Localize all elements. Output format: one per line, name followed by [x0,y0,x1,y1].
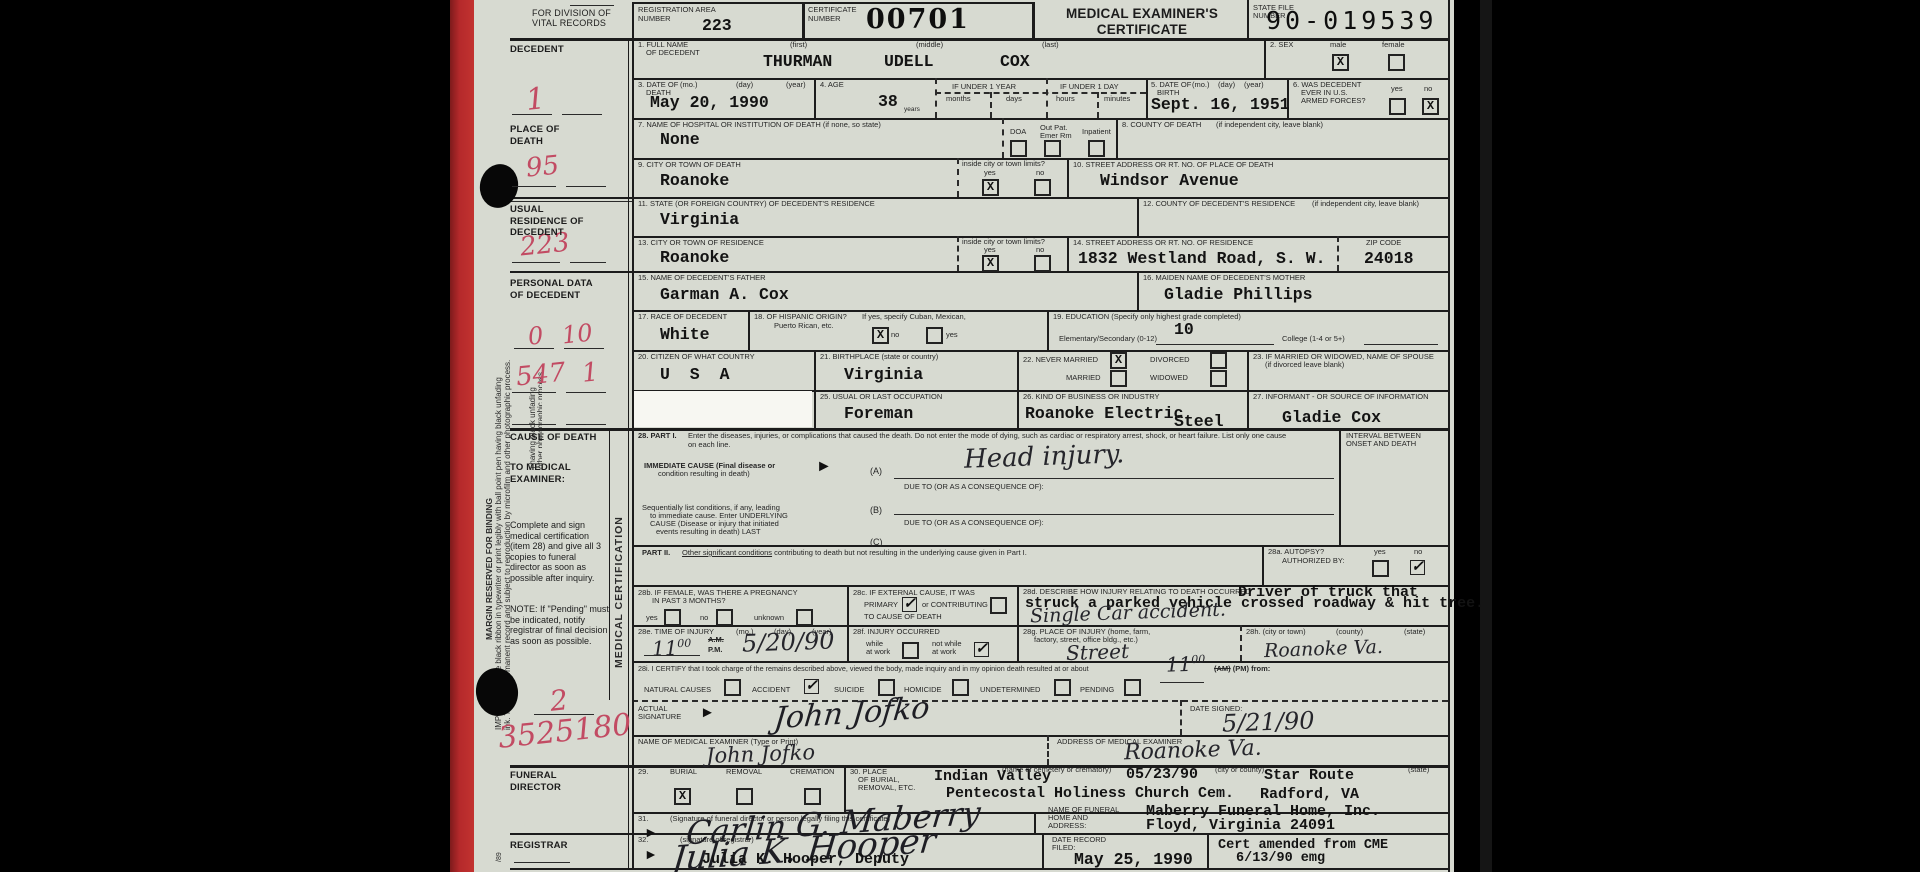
injury-occurred-label: 28f. INJURY OCCURRED [853,628,940,637]
to-cause-label: TO CAUSE OF DEATH [864,613,942,622]
line [632,2,1032,4]
mo-hint: (mo.) [680,81,698,90]
examiner-address-value: Roanoke Va. [1124,736,1262,766]
line [847,625,849,661]
residence-street-value: 1832 Westland Road, S. W. [1078,251,1326,267]
armed-forces-yes-checkbox [1389,98,1406,115]
immediate-cause-arrow-icon: ► [816,458,832,476]
examiner-name-value: John Jofko [706,740,816,768]
street-of-death-value: Windsor Avenue [1100,173,1239,189]
married-checkbox [1110,370,1127,387]
cause-a-handwritten: Head injury. [964,439,1125,475]
hispanic-no-checkbox: X [872,327,889,344]
funeral-home-label3: ADDRESS: [1048,822,1086,831]
certificate-paper: MARGIN RESERVED FOR BINDING IMPORTANT: U… [474,0,1454,872]
item32-number: 32. [638,836,648,845]
limits-yes-label: yes [984,169,996,178]
pregnancy-unknown-checkbox [796,609,813,626]
cemetery-hint: (name of cemetery or crematory) [1002,766,1111,775]
section-usual-residence: USUAL RESIDENCE OF DECEDENT [510,204,594,239]
cause-line-b-label: (B) [870,505,882,515]
red-mark-95: 95 [525,150,561,183]
divorced-label: DIVORCED [1150,356,1190,365]
undetermined-label: UNDETERMINED [980,686,1040,695]
industry-value-2: Steel [1174,414,1224,430]
suicide-label: SUICIDE [834,686,864,695]
birth-year-hint: (year) [1244,81,1264,90]
line [1002,118,1004,158]
zip-label: ZIP CODE [1366,239,1401,248]
limits-yes-label-2: yes [984,246,996,255]
punch-hole [473,665,521,718]
pregnancy-unknown-label: unknown [754,614,784,623]
pregnancy-no-label: no [700,614,708,623]
natural-causes-checkbox [724,679,741,696]
street-of-death-label: 10. STREET ADDRESS OR RT. NO. OF PLACE O… [1073,161,1273,170]
pending-label: PENDING [1080,686,1114,695]
line [814,78,816,118]
line [957,158,959,197]
red-mark-0: 0 [527,321,545,350]
red-mark-1b: 1 [580,357,600,389]
injury-state-label: (state) [1404,628,1425,637]
registrar-underline [514,862,570,863]
residence-city-label: 13. CITY OR TOWN OF RESIDENCE [638,239,764,248]
removal-label: REMOVAL [726,768,762,777]
scan-edge-band [1480,0,1492,872]
mark-line [562,114,602,115]
registrar-typed-name: Julia K. Hooper, Deputy [702,852,909,868]
armed-forces-no-label: no [1424,85,1432,94]
certificate-number-value: 00701 [866,4,970,35]
mother-value: Gladie Phillips [1164,287,1313,303]
line [957,236,959,271]
section-registrar: REGISTRAR [510,840,568,852]
medical-certification-vertical-label: MEDICAL CERTIFICATION [613,516,625,668]
autopsy-no-label: no [1414,548,1422,557]
injury-city-value: Roanoke Va. [1264,636,1384,662]
never-married-label: 22. NEVER MARRIED [1023,356,1098,365]
cremation-checkbox [804,788,821,805]
burial-checkbox: X [674,788,691,805]
line [1180,700,1182,735]
father-value: Garman A. Cox [660,287,789,303]
months-hint: months [946,95,971,104]
informant-label: 27. INFORMANT - OR SOURCE OF INFORMATION [1253,393,1429,402]
line [1247,390,1249,428]
margin-binding-label: MARGIN RESERVED FOR BINDING [484,498,494,640]
education-college-label: College (1-4 or 5+) [1282,335,1345,344]
sex-male-checkbox: X [1332,54,1349,71]
line [1097,92,1099,118]
hispanic-hint1: If yes, specify Cuban, Mexican, [862,313,966,322]
removal-checkbox [736,788,753,805]
line [1448,0,1450,872]
race-label: 17. RACE OF DECEDENT [638,313,727,322]
contributing-label: or CONTRIBUTING [922,601,988,610]
cause-line-a-label: (A) [870,466,882,476]
autopsy-authorized-label: AUTHORIZED BY: [1282,557,1345,566]
county-of-death-hint: (if independent city, leave blank) [1216,121,1323,130]
decedent-first-name: THURMAN [763,54,832,70]
days-hint: days [1006,95,1022,104]
place-of-injury-value: Street [1066,639,1130,665]
natural-causes-label: NATURAL CAUSES [644,686,711,695]
residence-city-value: Roanoke [660,250,729,266]
red-mark-1: 1 [524,81,547,118]
doa-checkbox [1010,140,1027,157]
date-signed-value: 5/21/90 [1222,706,1315,737]
father-label: 15. NAME OF DECEDENT'S FATHER [638,274,766,283]
line [1046,78,1048,118]
red-mark-3525180: 3525180 [497,707,634,756]
red-mark-547: 547 [515,357,568,392]
limits-yes-checkbox-2: X [982,255,999,272]
if-under-1-year-label: IF UNDER 1 YEAR [952,83,1016,92]
burial-city-hint: (city or county) [1215,766,1264,775]
accident-checkbox: ✓ [804,679,819,694]
mark-line [570,262,606,263]
certify-pm: (PM) from: [1233,664,1271,673]
line [748,310,750,350]
form-title-line2: CERTIFICATE [1046,24,1238,36]
if-under-1-day-label: IF UNDER 1 DAY [1060,83,1119,92]
occupation-label: 25. USUAL OR LAST OCCUPATION [820,393,942,402]
injury-time-handwritten: 1100 [652,635,692,660]
residence-street-label: 14. STREET ADDRESS OR RT. NO. OF RESIDEN… [1073,239,1253,248]
hospital-label: 7. NAME OF HOSPITAL OR INSTITUTION OF DE… [638,121,881,130]
medical-examiner-signature: John Jofko [772,690,931,736]
line [632,661,1448,663]
year-hint: (year) [786,81,806,90]
for-division-label: FOR DIVISION OF VITAL RECORDS [532,8,622,28]
first-hint: (first) [790,41,807,50]
sex-female-checkbox [1388,54,1405,71]
line [990,92,992,118]
last-hint: (last) [1042,41,1059,50]
limits-yes-checkbox: X [982,179,999,196]
divorced-checkbox [1210,352,1227,369]
injury-time-underline [644,655,700,656]
registration-area-value: 223 [702,18,732,34]
birth-day-hint: (day) [1218,81,1235,90]
education-underline [1156,344,1274,345]
pregnancy-yes-label: yes [646,614,658,623]
not-while-label2: at work [932,648,956,657]
section-to-medical-examiner: TO MEDICAL EXAMINER: [510,462,600,485]
date-of-birth-value: Sept. 16, 1951 [1151,97,1290,113]
line [1116,118,1118,158]
decedent-middle-name: UDELL [884,54,934,70]
limits-question: inside city or town limits? [962,160,1045,169]
limits-no-label-2: no [1036,246,1044,255]
line [1137,271,1139,310]
immediate-cause-label2: condition resulting in death) [658,470,750,479]
residence-state-value: Virginia [660,212,739,228]
autopsy-yes-checkbox [1372,560,1389,577]
middle-hint: (middle) [916,41,943,50]
line [814,350,816,390]
date-of-death-value: May 20, 1990 [650,95,769,111]
hispanic-yes-checkbox [926,327,943,344]
signature-arrow-icon: ► [700,704,715,721]
line [1067,236,1069,271]
injury-date-handwritten: 5/20/90 [742,626,835,657]
limits-no-checkbox-2 [1034,255,1051,272]
birthplace-value: Virginia [844,367,923,383]
pregnancy-yes-checkbox [664,609,681,626]
registrar-signature-arrow-icon: ► [644,846,658,862]
section-funeral-director: FUNERAL DIRECTOR [510,770,590,793]
education-elem-label: Elementary/Secondary (0-12) [1059,335,1157,344]
mark-line [512,262,560,263]
while-at-work-checkbox [902,642,919,659]
birthplace-label: 21. BIRTHPLACE (state or country) [820,353,938,362]
hispanic-no-label: no [891,331,899,340]
county-of-death-label: 8. COUNTY OF DEATH [1122,121,1201,130]
hispanic-yes-label: yes [946,331,958,340]
race-value: White [660,327,710,343]
line [1042,833,1044,868]
age-unit: years [904,106,920,115]
hospital-value: None [660,132,700,148]
occupation-value: Foreman [844,406,913,422]
primary-checkbox: ✓ [902,597,917,612]
burial-label: BURIAL [670,768,697,777]
line [1337,236,1339,271]
sex-label: 2. SEX [1270,41,1293,50]
mark-line [566,424,606,425]
line [1032,2,1035,38]
burial-city-value-1: Star Route [1264,768,1354,784]
item31-number: 31. [638,815,648,824]
informant-value: Gladie Cox [1282,410,1381,426]
item29-number: 29. [638,768,648,777]
line [847,585,849,625]
certify-statement: 28i. I CERTIFY that I took charge of the… [638,665,1089,674]
birth-mo-hint: (mo.) [1192,81,1210,90]
hispanic-hint2: Puerto Rican, etc. [774,322,834,331]
pregnancy-label2: IN PAST 3 MONTHS? [652,597,726,606]
line [510,868,1448,870]
line [1047,310,1049,350]
armed-forces-label3: ARMED FORCES? [1301,97,1366,106]
armed-forces-no-checkbox: X [1422,98,1439,115]
certify-am: (AM) [1214,664,1231,673]
line [1067,158,1069,197]
line [1137,197,1139,236]
line [1264,38,1266,78]
homicide-checkbox [952,679,969,696]
inpatient-label: Inpatient [1082,128,1111,137]
pending-checkbox [1124,679,1141,696]
widowed-checkbox [1210,370,1227,387]
line [1339,428,1341,545]
limits-question-2: inside city or town limits? [962,238,1045,247]
line [1247,0,1249,38]
cause-a-line [894,478,1334,479]
mark-line [512,114,552,115]
limits-no-checkbox [1034,179,1051,196]
redacted-whiteout-box [634,391,812,427]
line [935,78,937,118]
residence-county-label: 12. COUNTY OF DECEDENT'S RESIDENCE [1143,200,1295,209]
age-label: 4. AGE [820,81,844,90]
part2-label: PART II. [642,549,670,558]
sex-male-label: male [1330,41,1346,50]
education-value: 10 [1174,322,1194,338]
burial-city-value-2: Radford, VA [1260,787,1359,803]
armed-forces-yes-label: yes [1391,85,1403,94]
decedent-last-name: COX [1000,54,1030,70]
college-underline [1364,344,1438,345]
injury-pm-label: P.M. [708,646,722,655]
accident-label: ACCIDENT [752,686,790,695]
mark-line [512,392,556,393]
line [814,390,816,428]
injury-city-label: 28h. (city or town) [1246,628,1306,637]
mark-line [512,424,556,425]
while-label2: at work [866,648,890,657]
certify-time-underline [1160,682,1204,683]
seq-label4: events resulting in death) LAST [656,528,761,537]
part1-label: 28. PART I. [638,432,677,441]
red-mark-2: 2 [548,683,569,718]
age-value: 38 [878,94,898,110]
burial-date-value: 05/23/90 [1126,767,1198,783]
amendment-note-2: 6/13/90 emg [1236,851,1325,867]
never-married-checkbox: X [1110,352,1127,369]
line [1017,390,1019,428]
line [632,38,634,868]
line [628,38,629,868]
due-to-b-label: DUE TO (OR AS A CONSEQUENCE OF): [904,519,1044,528]
cemetery-value-2: Pentecostal Holiness Church Cem. [946,786,1234,802]
mark-line [566,392,606,393]
form-title-line1: MEDICAL EXAMINER'S [1046,8,1238,20]
day-hint: (day) [736,81,753,90]
undetermined-checkbox [1054,679,1071,696]
date-filed-label2: FILED: [1052,844,1075,853]
red-mark-10: 10 [561,318,594,349]
part2-rest: contributing to death but not resulting … [772,548,1027,557]
city-of-death-value: Roanoke [660,173,729,189]
contributing-checkbox [990,597,1007,614]
residence-state-label: 11. STATE (OR FOREIGN COUNTRY) OF DECEDE… [638,200,875,209]
interval-label2: ONSET AND DEATH [1346,440,1416,449]
mark-line [564,348,604,349]
sex-female-label: female [1382,41,1405,50]
autopsy-no-checkbox: ✓ [1410,560,1425,575]
line [1262,545,1264,585]
line [1240,625,1242,661]
line [632,2,634,38]
injury-am-label: A.M. [708,636,724,645]
state-file-value: 90-019539 [1266,6,1437,35]
line [1034,812,1036,833]
full-name-label2: OF DECEDENT [646,49,700,58]
cutoff-label-line [570,5,614,6]
part2-underlined: Other significant conditions [682,548,772,557]
cause-note-2: NOTE: If "Pending" must be indicated, no… [510,604,610,646]
line [609,428,610,700]
cremation-label: CREMATION [790,768,834,777]
cause-line-c-label: (C) [870,537,883,547]
minutes-hint: minutes [1104,95,1130,104]
not-while-at-work-checkbox: ✓ [974,642,989,657]
mark-line [514,348,554,349]
city-of-death-label: 9. CITY OR TOWN OF DEATH [638,161,741,170]
citizen-label: 20. CITIZEN OF WHAT COUNTRY [638,353,755,362]
pregnancy-no-checkbox [716,609,733,626]
residence-county-hint: (if independent city, leave blank) [1312,200,1419,209]
cause-note-1: Complete and sign medical certification … [510,520,608,583]
spouse-hint: (if divorced leave blank) [1265,361,1344,370]
line [1146,78,1148,118]
zip-value: 24018 [1364,251,1414,267]
line [1247,350,1249,390]
line [1207,833,1209,868]
mother-label: 16. MAIDEN NAME OF DECEDENT'S MOTHER [1143,274,1305,283]
place-of-burial-label3: REMOVAL, ETC. [858,784,915,793]
date-filed-value: May 25, 1990 [1074,852,1193,868]
mark-line [512,186,556,187]
mark-line [566,186,606,187]
autopsy-yes-label: yes [1374,548,1386,557]
hours-hint: hours [1056,95,1075,104]
line [1017,350,1019,390]
scanned-death-certificate-viewer: { "glyphs": { "x": "X", "check": "✓", "t… [0,0,1920,872]
cause-b-line [894,514,1334,515]
burial-state-hint: (state) [1408,766,1429,775]
widowed-label: WIDOWED [1150,374,1188,383]
section-decedent: DECEDENT [510,44,564,56]
citizen-value: U S A [660,367,735,383]
actual-signature-label2: SIGNATURE [638,713,681,722]
line [802,2,805,38]
due-to-a-label: DUE TO (OR AS A CONSEQUENCE OF): [904,483,1044,492]
certify-time-handwritten: 1100 [1166,651,1206,676]
binding-red-strip [450,0,474,872]
education-label: 19. EDUCATION (Specify only highest grad… [1053,313,1241,322]
limits-no-label: no [1036,169,1044,178]
funeral-home-value-2: Floyd, Virginia 24091 [1146,818,1335,834]
section-cause-of-death: CAUSE OF DEATH [510,432,610,444]
line [632,545,1448,547]
line [1017,625,1019,661]
inpatient-checkbox [1088,140,1105,157]
section-place-of-death: PLACE OF DEATH [510,124,590,147]
primary-label: PRIMARY [864,601,898,610]
industry-label: 26. KIND OF BUSINESS OR INDUSTRY [1023,393,1160,402]
line [1017,585,1019,625]
industry-value-1: Roanoke Electric [1025,406,1183,422]
line [1047,735,1049,765]
doa-label: DOA [1010,128,1026,137]
form-code: /89 [496,852,503,862]
injury-county-label: (county) [1336,628,1363,637]
line [632,700,1448,702]
section-personal-data: PERSONAL DATA OF DECEDENT [510,278,594,301]
married-label: MARRIED [1066,374,1101,383]
outpat-checkbox [1044,140,1061,157]
